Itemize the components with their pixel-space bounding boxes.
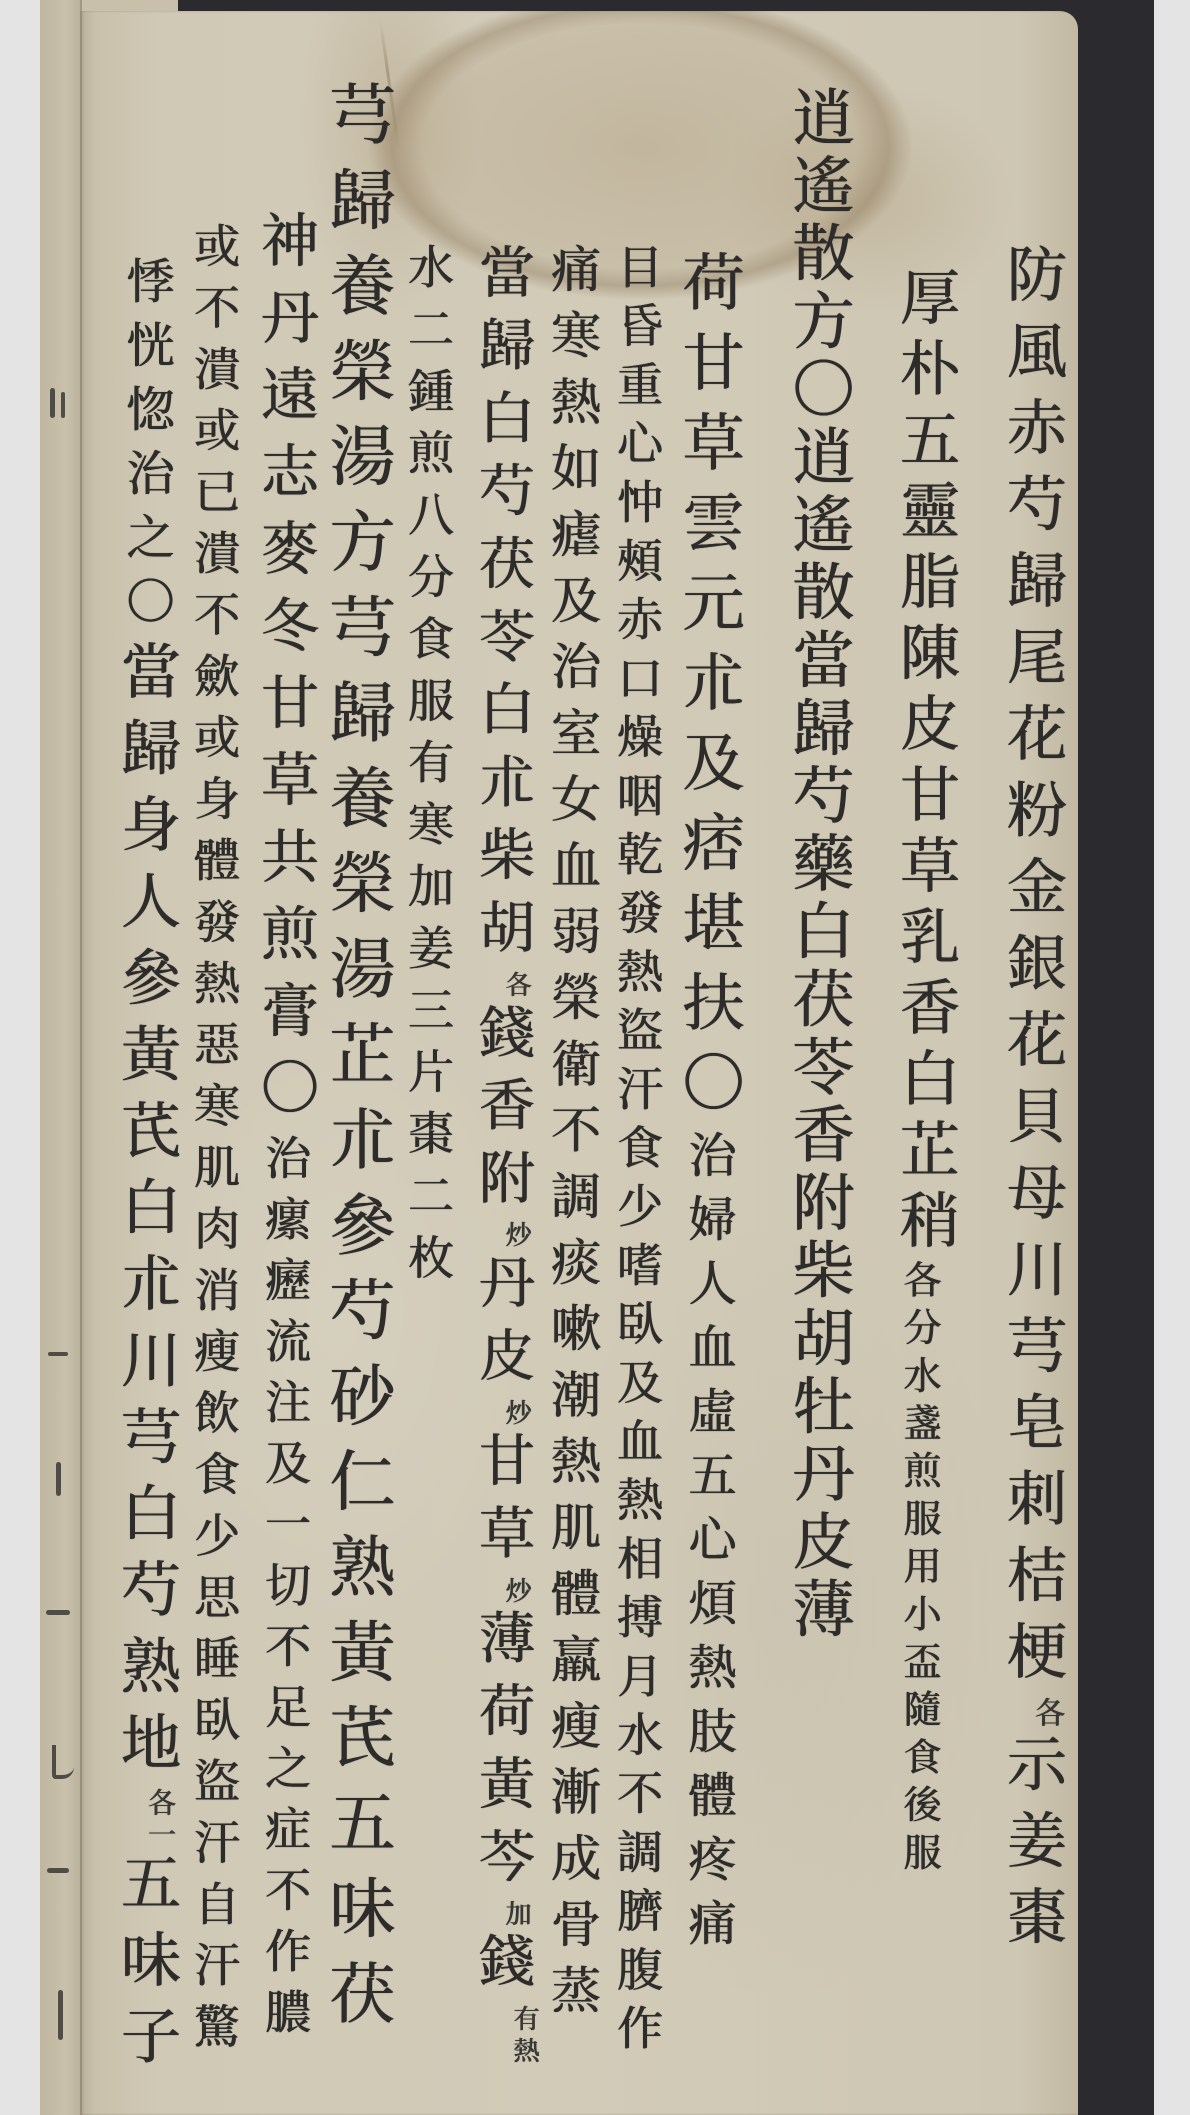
facing-page-ink-fragment xyxy=(61,392,65,418)
text-column-1: 防風赤芍歸尾花粉金銀花貝母川芎皂刺桔梗各示姜棗 xyxy=(1002,243,1062,1962)
interlinear-note: 各一 xyxy=(144,1788,177,1852)
column-text: 五味子 xyxy=(111,1852,181,2082)
interlinear-note: 加 xyxy=(501,1900,531,1932)
text-column-10: 神丹遠志麥冬甘草共煎膏〇治瘰癧流注及一切不足之症不作膿 xyxy=(256,210,314,2049)
text-column-5: 目昏重心忡頰赤口燥咽乾發熱盜汗食少嗜臥及血熱相搏月水不調臍腹作 xyxy=(614,243,660,2063)
binding-fold xyxy=(80,0,82,2115)
text-column-2: 厚朴五靈脂陳皮甘草乳香白芷稍各分水盞煎服用小盃隨食後服 xyxy=(895,266,955,1880)
text-column-11: 或不潰或已潰不歛或身體發熱惡寒肌肉消瘦飲食少思睡臥盜汗自汗驚 xyxy=(191,222,237,2064)
facing-page-edge xyxy=(40,0,82,2115)
column-text: 錢 xyxy=(470,1932,535,2005)
interlinear-note: 有熱 xyxy=(509,2005,539,2069)
column-text: 當歸身人參黃芪白朮川芎白芍熟地 xyxy=(111,640,181,1788)
column-text: 當歸白芍茯苓白朮柴胡 xyxy=(470,243,535,971)
text-column-9: 芎歸養榮湯方芎歸養榮湯芷朮參芍砂仁熟黃芪五味茯 xyxy=(323,80,389,2044)
indication-text: 或不潰或已潰不歛或身體發熱惡寒肌肉消瘦飲食少思睡臥盜汗自汗驚 xyxy=(187,222,241,2064)
facing-page-ink-fragment xyxy=(52,1745,74,1779)
interlinear-note: 炒 xyxy=(501,1399,531,1431)
column-text: 示姜棗 xyxy=(997,1733,1067,1963)
interlinear-note: 各分水盞煎服用小盃隨食後服 xyxy=(897,1260,941,1880)
indication-text: 治婦人血虛五心煩熱肢體疼痛 xyxy=(680,1130,736,1962)
text-column-7: 當歸白芍茯苓白朮柴胡各錢香附炒丹皮炒甘草炒薄荷黃芩加錢有熱 xyxy=(474,243,530,2069)
facing-page-ink-fragment xyxy=(46,1610,70,1615)
facing-page-ink-fragment xyxy=(48,1352,68,1356)
facing-page-ink-fragment xyxy=(58,1990,63,2040)
text-column-8: 水二鍾煎八分食服有寒加姜三片棗二枚 xyxy=(405,243,451,1295)
indication-text: 治瘰癧流注及一切不足之症不作膿 xyxy=(258,1134,312,2049)
prescription-title: 芎歸養榮湯方芎歸養榮湯芷朮參芍砂仁熟黃芪五味茯 xyxy=(318,80,395,2044)
interlinear-note: 各 xyxy=(501,971,531,1003)
column-text: 薄荷黃芩 xyxy=(470,1609,535,1900)
facing-page-ink-fragment xyxy=(50,388,55,418)
interlinear-note: 炒 xyxy=(501,1577,531,1609)
interlinear-note: 炒 xyxy=(501,1221,531,1253)
text-column-12: 悸恍惚治之〇當歸身人參黃芪白朮川芎白芍熟地各一五味子 xyxy=(116,256,176,2081)
prescription-title: 逍遙散方〇逍遙散當歸芍藥白茯苓香附柴胡牡丹皮薄 xyxy=(782,85,855,1644)
facing-page-ink-fragment xyxy=(47,1868,69,1873)
indication-text: 悸恍惚治之〇 xyxy=(118,256,174,640)
column-text: 甘草 xyxy=(470,1431,535,1577)
column-text: 錢香附 xyxy=(470,1003,535,1221)
column-text: 厚朴五靈脂陳皮甘草乳香白芷稍 xyxy=(890,266,960,1260)
interlinear-note: 各 xyxy=(1029,1697,1064,1733)
text-column-4: 荷甘草雲元朮及痞堪扶〇治婦人血虛五心煩熱肢體疼痛 xyxy=(677,250,739,1962)
facing-page-ink-fragment xyxy=(56,1462,61,1496)
text-column-3: 逍遙散方〇逍遙散當歸芍藥白茯苓香附柴胡牡丹皮薄 xyxy=(787,85,849,1644)
indication-text: 目昏重心忡頰赤口燥咽乾發熱盜汗食少嗜臥及血熱相搏月水不調臍腹作 xyxy=(610,243,664,2063)
column-text: 防風赤芍歸尾花粉金銀花貝母川芎皂刺桔梗 xyxy=(997,243,1067,1697)
indication-text: 痛寒熱如瘧及治室女血弱榮衛不調痰嗽潮熱肌體羸瘦漸成骨蒸 xyxy=(543,243,601,2030)
column-text: 丹皮 xyxy=(470,1253,535,1399)
column-text: 荷甘草雲元朮及痞堪扶〇 xyxy=(672,250,745,1130)
preparation-text: 水二鍾煎八分食服有寒加姜三片棗二枚 xyxy=(401,243,455,1295)
column-text: 神丹遠志麥冬甘草共煎膏〇 xyxy=(251,210,319,1134)
text-column-6: 痛寒熱如瘧及治室女血弱榮衛不調痰嗽潮熱肌體羸瘦漸成骨蒸 xyxy=(547,243,597,2030)
